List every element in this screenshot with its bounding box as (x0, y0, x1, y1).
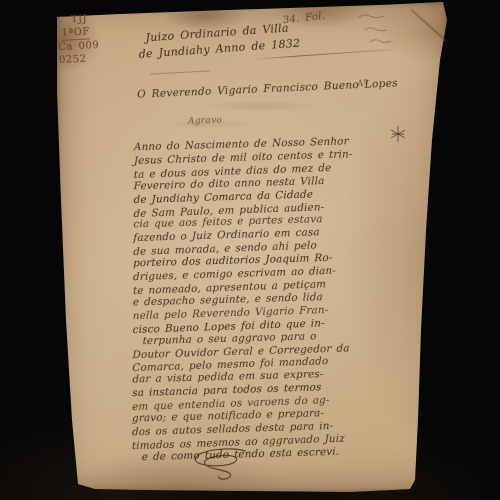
section-word: Agravo (188, 115, 223, 126)
manuscript-body: Anno do Nascimento de Nosso Senhor Jesus… (132, 134, 378, 465)
photo-background: TJJ 1ªOF Ca 009 0252 Juizo Ordinario da … (0, 0, 500, 500)
archival-marks: TJJ 1ªOF Ca 009 0252 (57, 12, 101, 67)
archival-mark-line: 0252 (59, 52, 101, 67)
star-icon (389, 125, 407, 143)
ink-bleed-through (150, 98, 370, 138)
archival-mark-line: Ca 009 (58, 39, 100, 54)
margin-abbreviation: Aº (356, 78, 369, 89)
archival-mark-line: 1ªOF (61, 25, 90, 40)
faint-scribbles-icon (352, 10, 400, 50)
spiral-rubric-icon (189, 445, 254, 491)
